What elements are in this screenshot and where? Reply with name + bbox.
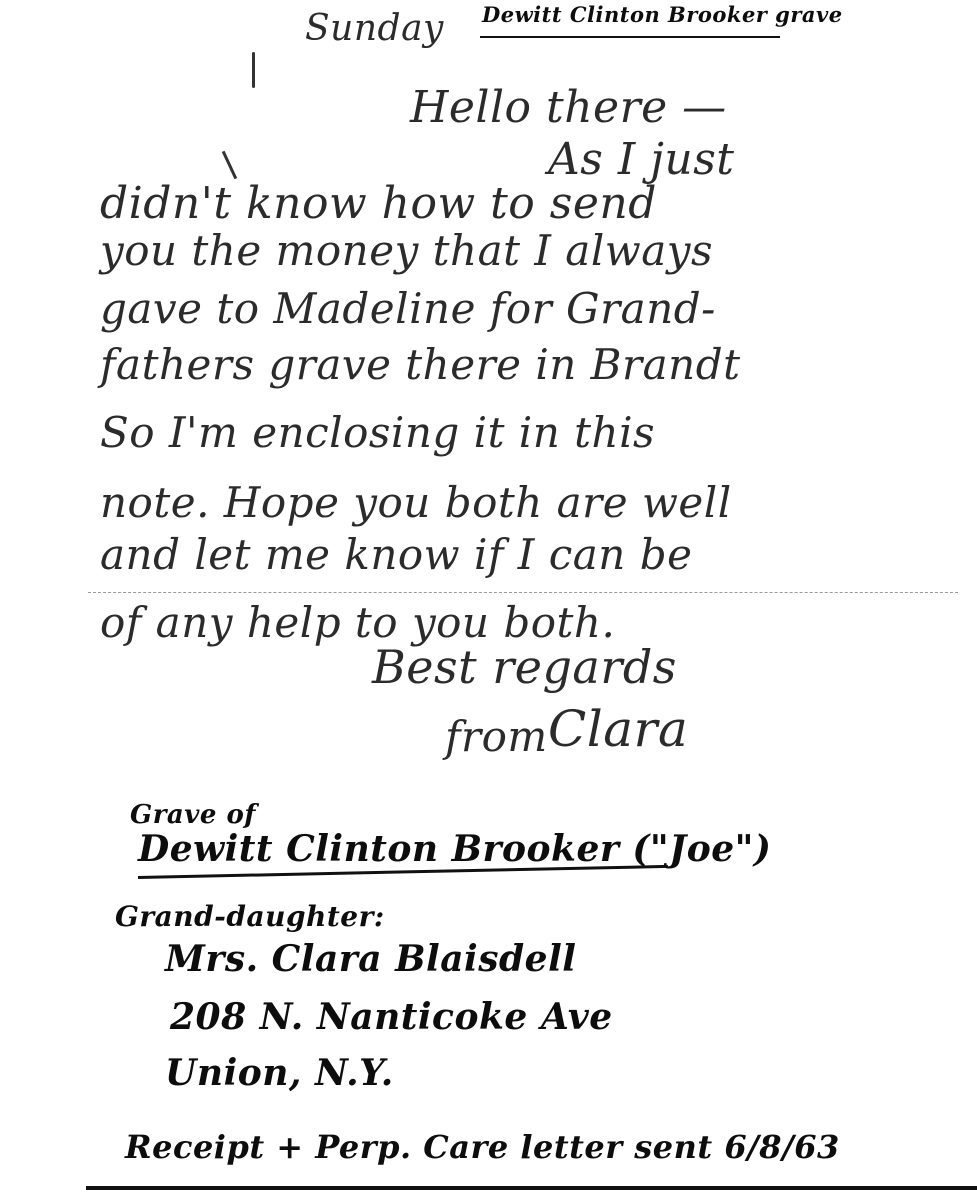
annotation-relation: Grand-daughter: — [115, 900, 385, 933]
body-line-5: fathers grave there in Brandt — [100, 340, 740, 389]
paper-fold-line — [88, 592, 958, 593]
annotation-name: Mrs. Clara Blaisdell — [165, 938, 576, 980]
body-line-4: gave to Madeline for Grand- — [100, 284, 716, 333]
header-underline — [480, 36, 780, 38]
header-overwrite: Dewitt Clinton Brooker grave — [482, 2, 843, 27]
body-line-2: didn't know how to send — [100, 178, 657, 229]
annotation-title-small: Grave of — [130, 800, 256, 830]
body-line-6: So I'm enclosing it in this — [100, 408, 655, 457]
body-line-7: note. Hope you both are well — [100, 478, 732, 527]
scan-mark-left — [252, 52, 255, 88]
body-line-8: and let me know if I can be — [100, 530, 692, 579]
scan-mark-tick — [222, 151, 237, 179]
closing: Best regards — [372, 640, 677, 694]
signature-prefix: from — [445, 712, 548, 761]
annotation-footer: Receipt + Perp. Care letter sent 6/8/63 — [125, 1128, 840, 1166]
annotation-street: 208 N. Nanticoke Ave — [170, 996, 613, 1038]
header-note: Sunday — [305, 8, 444, 49]
body-line-3: you the money that I always — [100, 226, 713, 275]
annotation-title-main: Dewitt Clinton Brooker ("Joe") — [138, 828, 771, 870]
bottom-border-line — [86, 1186, 977, 1190]
annotation-city: Union, N.Y. — [165, 1052, 394, 1094]
greeting: Hello there — — [410, 82, 727, 133]
signature-name: Clara — [548, 700, 688, 758]
